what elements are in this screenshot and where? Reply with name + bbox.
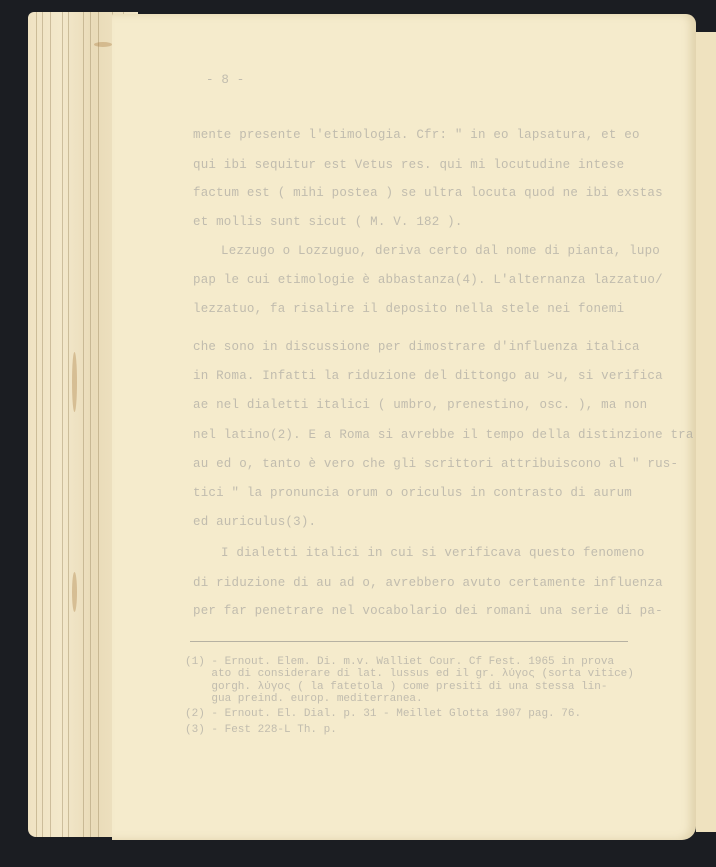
body-line: factum est ( mihi postea ) se ultra locu… [193, 186, 663, 200]
body-line: lezzatuo, fa risalire il deposito nella … [193, 302, 624, 316]
body-line: mente presente l'etimologia. Cfr: " in e… [193, 128, 640, 142]
footnote-line: (3) - Fest 228-L Th. p. [185, 724, 337, 736]
body-line: et mollis sunt sicut ( M. V. 182 ). [193, 215, 463, 229]
footnote-line: ato di considerare di lat. lussus ed il … [185, 668, 634, 680]
facing-page-edge [696, 32, 716, 832]
body-line: pap le cui etimologie è abbastanza(4). L… [193, 273, 663, 287]
footnote-line: gua preind. europ. mediterranea. [185, 693, 423, 705]
body-line: Lezzugo o Lozzuguo, deriva certo dal nom… [221, 244, 660, 258]
body-line: ae nel dialetti italici ( umbro, prenest… [193, 398, 647, 412]
body-line: in Roma. Infatti la riduzione del ditton… [193, 369, 663, 383]
body-line: nel latino(2). E a Roma si avrebbe il te… [193, 428, 694, 442]
body-line: I dialetti italici in cui si verificava … [221, 546, 645, 560]
body-line: qui ibi sequitur est Vetus res. qui mi l… [193, 158, 624, 172]
footnote-line: (1) - Ernout. Elem. Di. m.v. Walliet Cou… [185, 656, 614, 668]
footnote-line: (2) - Ernout. El. Dial. p. 31 - Meillet … [185, 708, 581, 720]
body-line: ed auriculus(3). [193, 515, 316, 529]
body-line: che sono in discussione per dimostrare d… [193, 340, 640, 354]
body-line: tici " la pronuncia orum o oriculus in c… [193, 486, 632, 500]
footnote-separator [190, 641, 628, 642]
footnote-line: gorgh. λύγος ( la fatetola ) come presit… [185, 681, 607, 693]
body-line: di riduzione di au ad o, avrebbero avuto… [193, 576, 663, 590]
body-line: per far penetrare nel vocabolario dei ro… [193, 604, 663, 618]
body-line: au ed o, tanto è vero che gli scrittori … [193, 457, 678, 471]
page-number: - 8 - [206, 73, 245, 87]
